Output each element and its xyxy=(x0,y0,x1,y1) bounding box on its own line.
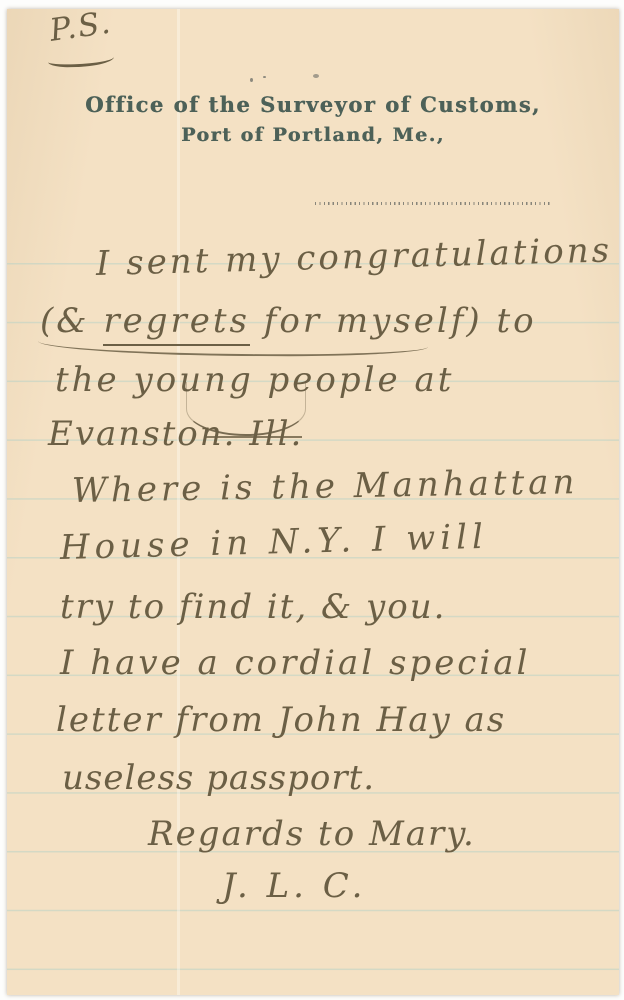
ps-annotation: P.S. xyxy=(48,5,115,47)
signature: J. L. C. xyxy=(222,868,366,905)
ink-speck xyxy=(313,74,319,78)
closing-regards: Regards to Mary. xyxy=(148,816,476,853)
ink-speck xyxy=(250,78,253,82)
handwriting-line: letter from John Hay as xyxy=(56,702,506,739)
letterhead-line-1: Office of the Surveyor of Customs, xyxy=(7,92,619,117)
scanned-letter-page: P.S. Office of the Surveyor of Customs, … xyxy=(0,0,624,1000)
ink-speck xyxy=(263,76,266,78)
handwriting-line: Evanston. Ill. xyxy=(48,416,303,453)
letterhead-line-2: Port of Portland, Me., xyxy=(7,124,619,146)
date-dotted-line xyxy=(315,202,550,205)
handwriting-line: Where is the Manhattan xyxy=(72,464,579,510)
letterhead: Office of the Surveyor of Customs, Port … xyxy=(7,92,619,146)
handwriting-line: I have a cordial special xyxy=(60,645,530,682)
handwriting-line: try to find it, & you. xyxy=(60,589,446,626)
handwriting-line: useless passport. xyxy=(62,760,375,797)
